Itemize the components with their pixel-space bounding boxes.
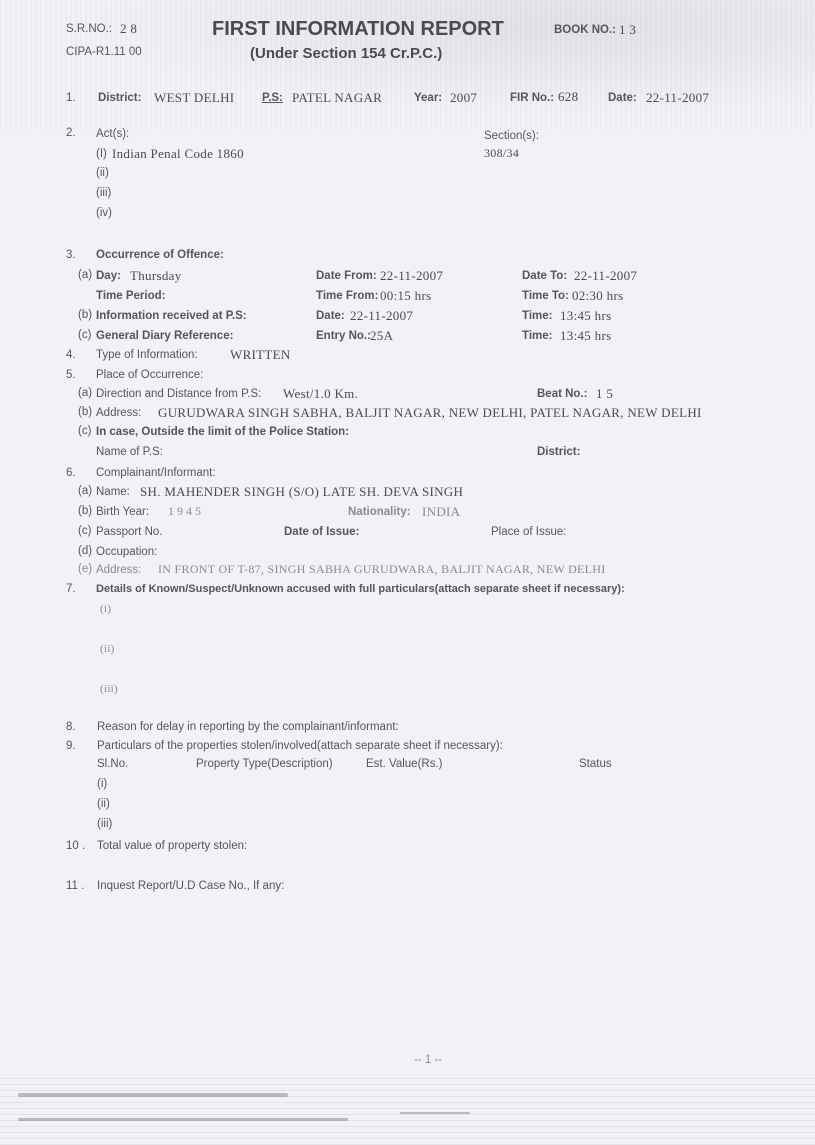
info-time-value: 13:45 hrs (560, 308, 611, 324)
fir-document-page: S.R.NO.: 2 8 CIPA-R1.11 00 FIRST INFORMA… (0, 0, 815, 1145)
complainant-address-label: Address: (96, 564, 141, 576)
column-header-sl-no: Sl.No. (97, 758, 128, 770)
item-marker: (b) (78, 505, 92, 517)
sr-no-value: 2 8 (120, 21, 137, 37)
column-header-est-value: Est. Value(Rs.) (366, 758, 442, 770)
sections-value: 308/34 (484, 146, 519, 161)
info-date-value: 22-11-2007 (350, 308, 413, 324)
nationality-value: INDIA (422, 504, 460, 520)
date-from-value: 22-11-2007 (380, 268, 443, 284)
accused-item: (iii) (100, 683, 118, 695)
entry-no-label: Entry No.: (316, 330, 371, 342)
book-no-value: 1 3 (619, 22, 636, 38)
property-row: (i) (97, 778, 107, 790)
day-label: Day: (96, 270, 121, 282)
section-number: 1. (66, 92, 76, 104)
outside-district-label: District: (537, 446, 580, 458)
item-marker: (b) (78, 406, 92, 418)
act-value: Indian Penal Code 1860 (112, 146, 244, 162)
section-number: 11 . (66, 880, 84, 892)
address-value: GURUDWARA SINGH SABHA, BALJIT NAGAR, NEW… (158, 405, 702, 421)
date-label: Date: (608, 92, 637, 104)
occupation-label: Occupation: (96, 546, 157, 558)
gd-reference-label: General Diary Reference: (96, 330, 233, 342)
outside-limit-label: In case, Outside the limit of the Police… (96, 426, 349, 438)
sections-label: Section(s): (484, 130, 539, 142)
item-marker: (c) (78, 525, 91, 537)
item-marker: (a) (78, 269, 92, 281)
place-label: Place of Occurrence: (96, 369, 203, 381)
issue-date-label: Date of Issue: (284, 526, 359, 538)
birth-year-label: Birth Year: (96, 506, 149, 518)
column-header-status: Status (579, 758, 612, 770)
gd-time-value: 13:45 hrs (560, 328, 611, 344)
year-value: 2007 (450, 90, 477, 106)
occurrence-label: Occurrence of Offence: (96, 249, 224, 261)
date-to-value: 22-11-2007 (574, 268, 637, 284)
district-value: WEST DELHI (154, 90, 234, 106)
time-from-label: Time From: (316, 290, 378, 302)
direction-value: West/1.0 Km. (283, 386, 358, 402)
info-type-value: WRITTEN (230, 347, 291, 363)
ps-label: P.S: (262, 92, 283, 104)
property-row: (ii) (97, 798, 110, 810)
birth-year-value: 1945 (168, 504, 204, 519)
info-time-label: Time: (522, 310, 552, 322)
scan-noise-bottom (0, 1075, 815, 1145)
complainant-address-value: IN FRONT OF T-87, SINGH SABHA GURUDWARA,… (158, 562, 606, 577)
section-number: 9. (66, 740, 76, 752)
accused-item: (ii) (100, 643, 115, 655)
act-marker: (ii) (96, 167, 109, 179)
document-subtitle: (Under Section 154 Cr.P.C.) (250, 45, 442, 62)
gd-time-label: Time: (522, 330, 552, 342)
acts-label: Act(s): (96, 128, 129, 140)
accused-item: (i) (100, 603, 111, 615)
info-date-label: Date: (316, 310, 345, 322)
form-code: CIPA-R1.11 00 (66, 46, 142, 58)
time-to-value: 02:30 hrs (572, 288, 623, 304)
date-from-label: Date From: (316, 270, 377, 282)
scan-smudge (18, 1093, 288, 1097)
section-number: 4. (66, 349, 76, 361)
complainant-label: Complainant/Informant: (96, 467, 216, 479)
fir-no-value: 628 (558, 89, 578, 105)
complainant-name-value: SH. MAHENDER SINGH (S/O) LATE SH. DEVA S… (140, 484, 463, 500)
act-marker: (iv) (96, 207, 112, 219)
act-marker: (I) (96, 148, 107, 160)
direction-label: Direction and Distance from P.S: (96, 388, 261, 400)
ps-name-label: Name of P.S: (96, 446, 163, 458)
time-from-value: 00:15 hrs (380, 288, 431, 304)
issue-place-label: Place of Issue: (491, 526, 566, 538)
property-row: (iii) (97, 818, 112, 830)
section-number: 5. (66, 369, 76, 381)
nationality-label: Nationality: (348, 506, 411, 518)
section-number: 3. (66, 249, 76, 261)
passport-label: Passport No. (96, 526, 162, 538)
properties-label: Particulars of the properties stolen/inv… (97, 740, 503, 752)
item-marker: (a) (78, 485, 92, 497)
sr-no-label: S.R.NO.: (66, 23, 112, 35)
beat-no-label: Beat No.: (537, 388, 587, 400)
section-number: 2. (66, 127, 76, 139)
delay-reason-label: Reason for delay in reporting by the com… (97, 721, 399, 733)
item-marker: (e) (78, 563, 92, 575)
date-value: 22-11-2007 (646, 90, 709, 106)
district-label: District: (98, 92, 141, 104)
section-number: 6. (66, 467, 76, 479)
item-marker: (c) (78, 329, 91, 341)
address-label: Address: (96, 407, 141, 419)
total-value-label: Total value of property stolen: (97, 840, 247, 852)
beat-no-value: 1 5 (596, 386, 613, 402)
item-marker: (d) (78, 545, 92, 557)
item-marker: (c) (78, 425, 91, 437)
time-to-label: Time To: (522, 290, 569, 302)
section-number: 7. (66, 583, 76, 595)
scan-smudge (400, 1112, 470, 1114)
act-marker: (iii) (96, 187, 111, 199)
ps-value: PATEL NAGAR (292, 90, 382, 106)
column-header-property-type: Property Type(Description) (196, 758, 333, 770)
document-title: FIRST INFORMATION REPORT (212, 18, 504, 41)
name-label: Name: (96, 486, 130, 498)
scan-smudge (18, 1118, 348, 1121)
entry-no-value: 25A (370, 328, 393, 344)
item-marker: (b) (78, 309, 92, 321)
item-marker: (a) (78, 387, 92, 399)
section-number: 10 . (66, 840, 85, 852)
inquest-label: Inquest Report/U.D Case No., If any: (97, 880, 284, 892)
fir-no-label: FIR No.: (510, 92, 554, 104)
page-number: -- 1 -- (414, 1054, 442, 1066)
time-period-label: Time Period: (96, 290, 165, 302)
info-type-label: Type of Information: (96, 349, 198, 361)
info-received-label: Information received at P.S: (96, 310, 247, 322)
book-no-label: BOOK NO.: (554, 24, 616, 36)
day-value: Thursday (130, 268, 182, 284)
year-label: Year: (414, 92, 442, 104)
date-to-label: Date To: (522, 270, 567, 282)
accused-details-label: Details of Known/Suspect/Unknown accused… (96, 583, 625, 595)
section-number: 8. (66, 721, 76, 733)
